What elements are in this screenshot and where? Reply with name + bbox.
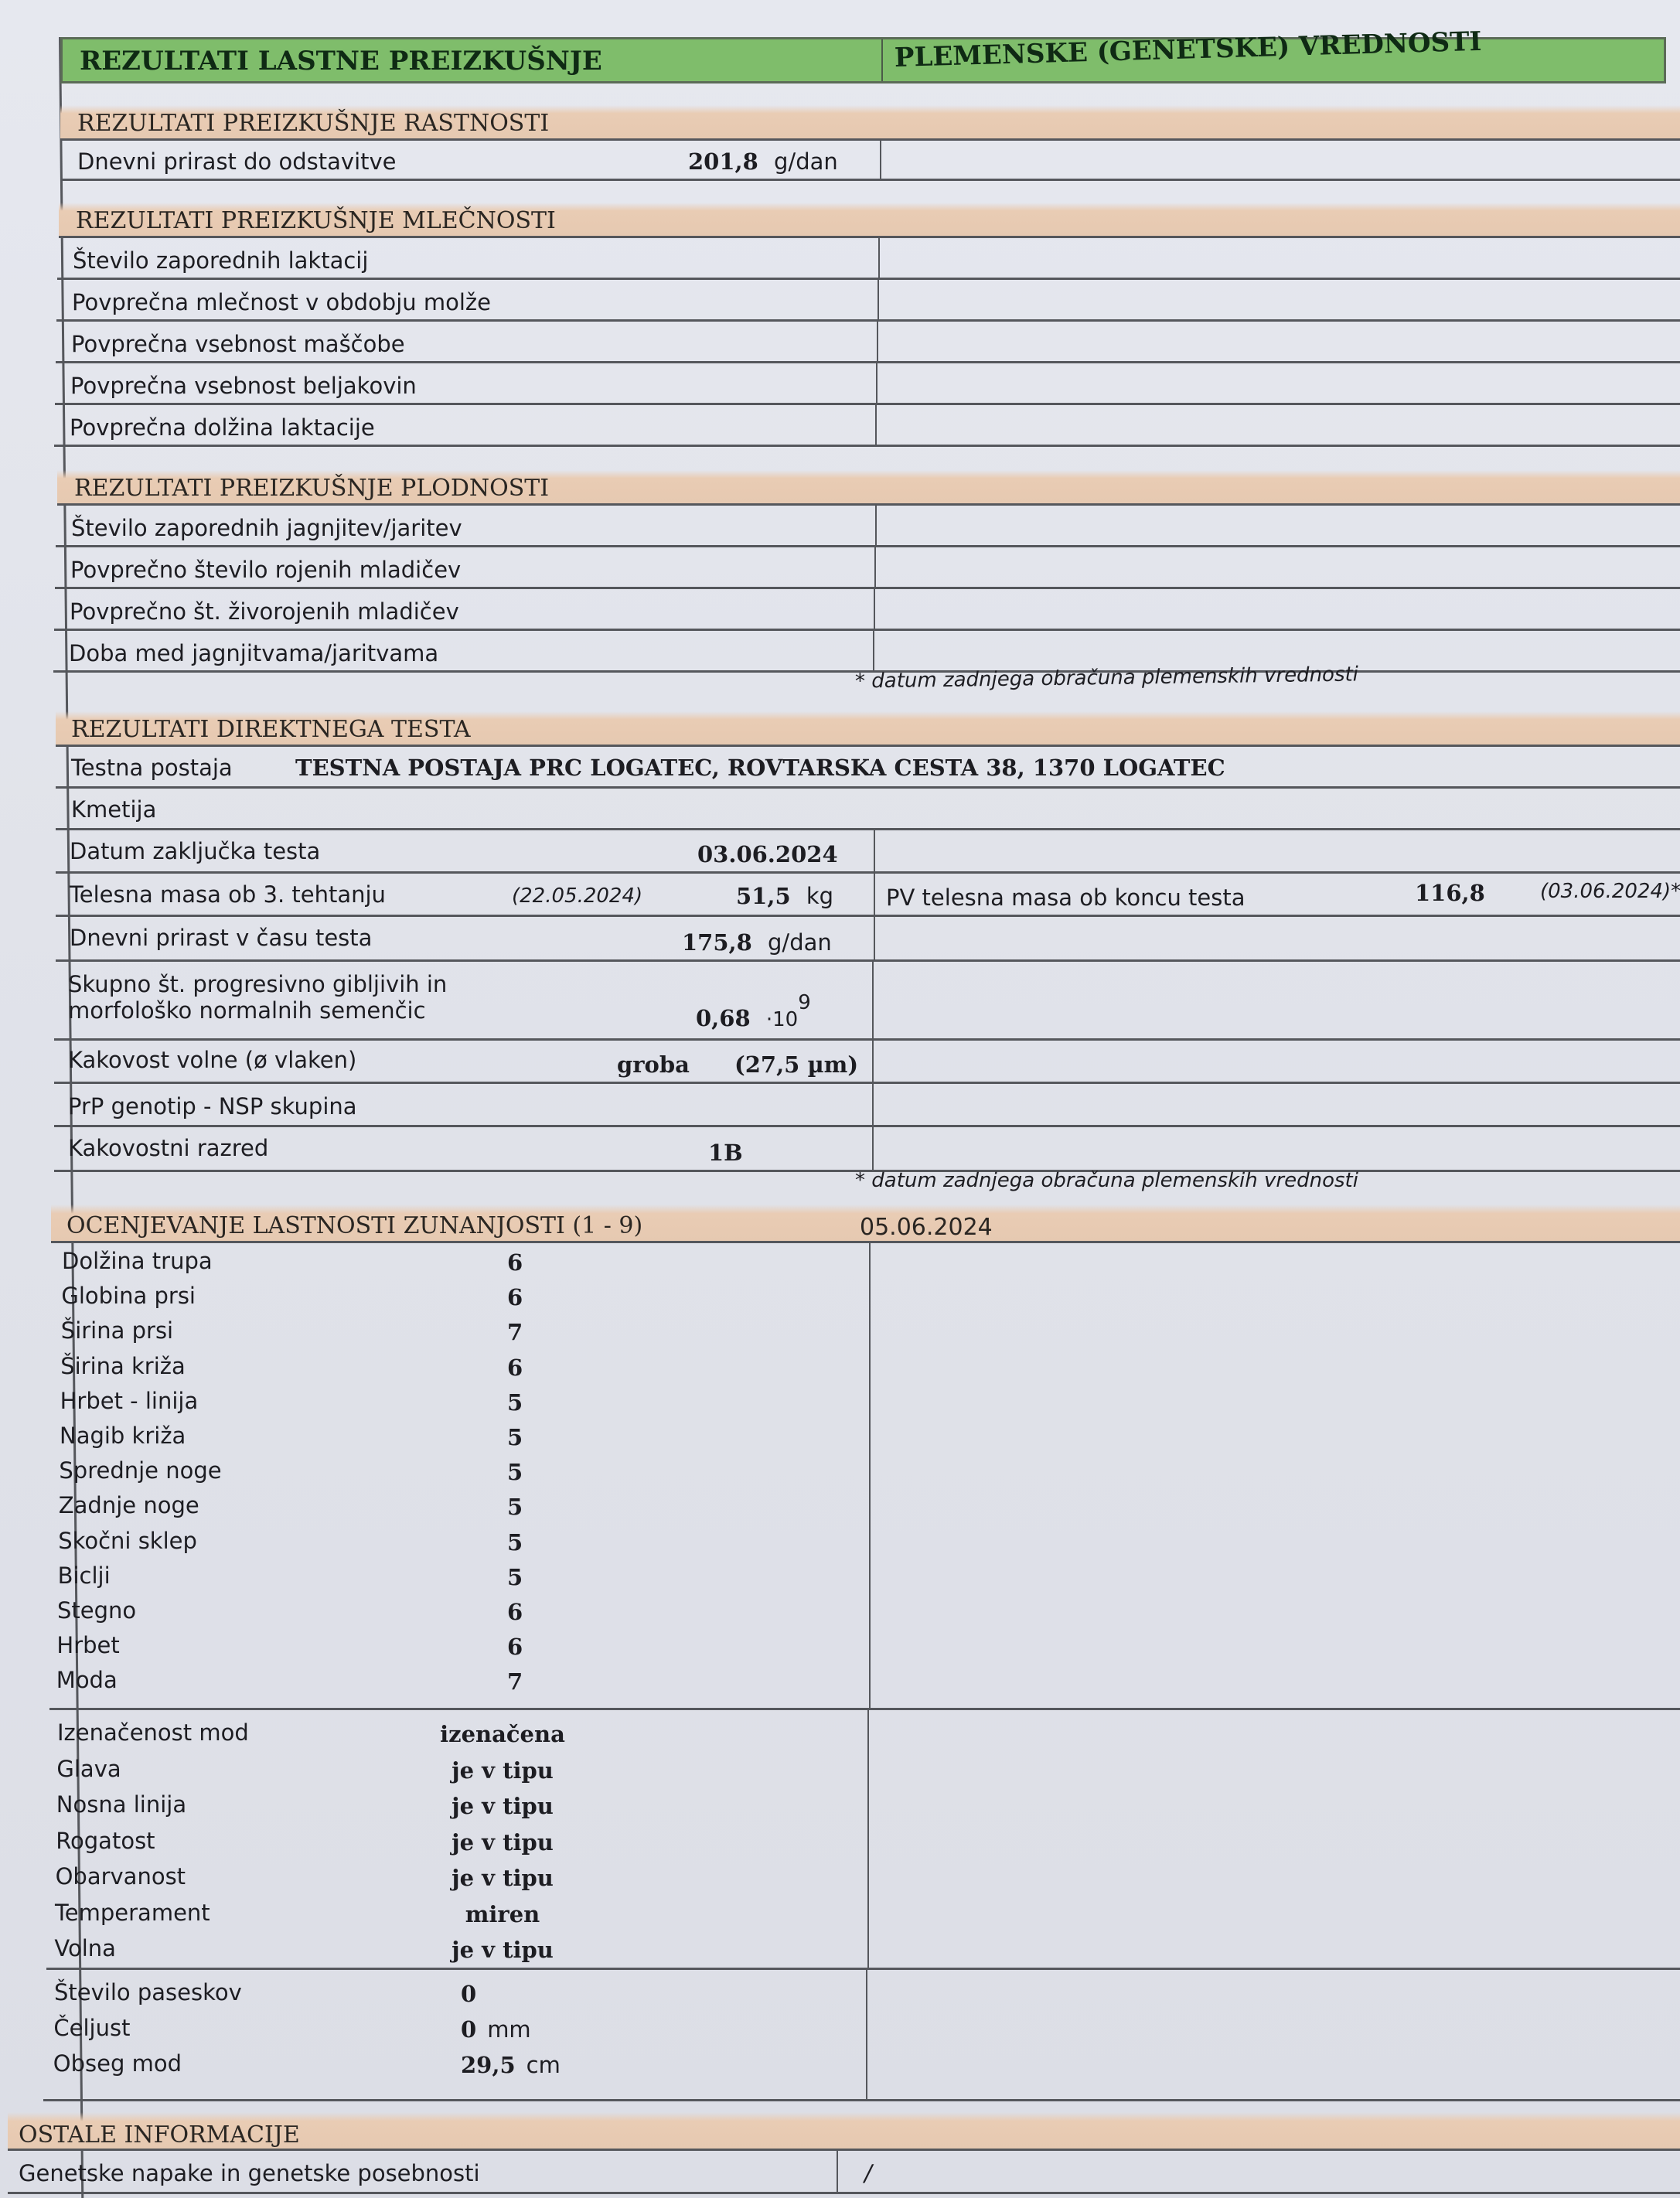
item-value: miren — [417, 1901, 588, 1927]
row-label: PrP genotip - NSP skupina — [68, 1093, 357, 1119]
row-kakovostni-razred: Kakovostni razred 1B — [54, 1127, 1680, 1172]
header-left-title: REZULTATI LASTNE PREIZKUŠNJE — [80, 46, 602, 77]
column-divider — [872, 962, 874, 1038]
pv-date: (03.06.2024)* — [1540, 880, 1680, 903]
row-label: Povprečna dolžina laktacije — [70, 414, 375, 441]
column-divider — [877, 322, 878, 361]
row-label: Število zaporednih laktacij — [73, 247, 368, 274]
column-divider — [880, 141, 881, 179]
item-value: 5 — [507, 1459, 523, 1485]
row-label: Kakovost volne (ø vlaken) — [68, 1047, 356, 1073]
table-row: Povprečna dolžina laktacije — [54, 405, 1680, 447]
table-row: Povprečna mlečnost v obdobju molže — [56, 280, 1680, 322]
item-label: Širina prsi — [61, 1317, 173, 1344]
row-value: 51,5 kg — [736, 883, 833, 909]
pv-label: PV telesna masa ob koncu testa — [886, 884, 1246, 911]
section-title: OCENJEVANJE LASTNOSTI ZUNANJOSTI (1 - 9) — [66, 1212, 642, 1239]
column-divider — [874, 917, 875, 959]
column-divider — [872, 1127, 874, 1170]
main-header: REZULTATI LASTNE PREIZKUŠNJE PLEMENSKE (… — [60, 37, 1666, 83]
item-label: Širina križa — [60, 1353, 186, 1379]
list-item: Sprednje noge5 — [49, 1457, 1680, 1492]
item-label: Moda — [56, 1667, 118, 1693]
item-value: je v tipu — [417, 1937, 588, 1963]
item-value: 6 — [507, 1599, 523, 1625]
section-direktni-test-header: REZULTATI DIREKTNEGA TESTA — [56, 711, 1680, 747]
footnote: * datum zadnjega obračuna plemenskih vre… — [855, 1169, 1358, 1192]
assessment-date: 05.06.2024 — [860, 1214, 993, 1241]
section-title: REZULTATI PREIZKUŠNJE RASTNOSTI — [77, 110, 549, 137]
zunanjost-traits-block: Izenačenost modizenačenaGlavaje v tipuNo… — [46, 1710, 1680, 1970]
zunanjost-scores-block: Dolžina trupa6Globina prsi6Širina prsi7Š… — [49, 1243, 1680, 1710]
section-title: REZULTATI PREIZKUŠNJE MLEČNOSTI — [76, 207, 556, 234]
table-row: Doba med jagnjitvama/jaritvama — [53, 631, 1680, 673]
row-value: 0,68 ·109 — [696, 1005, 811, 1031]
row-kakovost-volne: Kakovost volne (ø vlaken) groba (27,5 µm… — [54, 1041, 1680, 1084]
item-value: 6 — [507, 1355, 523, 1381]
item-label: Temperament — [55, 1900, 210, 1926]
item-value: 5 — [507, 1529, 523, 1556]
row-testna-postaja: Testna postaja TESTNA POSTAJA PRC LOGATE… — [56, 747, 1680, 789]
column-divider — [874, 547, 876, 587]
list-item: Dolžina trupa6 — [49, 1248, 1680, 1283]
list-item: Širina križa6 — [49, 1353, 1680, 1388]
column-divider — [876, 363, 877, 403]
list-item: Rogatostje v tipu — [46, 1828, 1680, 1864]
column-divider — [874, 830, 875, 871]
zunanjost-measures-block: Število paseskov0Čeljust0mmObseg mod29,5… — [43, 1970, 1680, 2101]
row-label: Dnevni prirast do odstavitve — [77, 148, 397, 175]
item-label: Skočni sklep — [58, 1528, 197, 1554]
section-plodnost-header: REZULTATI PREIZKUŠNJE PLODNOSTI — [57, 470, 1680, 506]
item-value: je v tipu — [417, 1793, 588, 1819]
row-label: Povprečna vsebnost maščobe — [71, 331, 405, 357]
row-label: Povprečno št. živorojenih mladičev — [70, 598, 459, 625]
table-row: Povprečno število rojenih mladičev — [55, 547, 1680, 589]
column-divider — [837, 2151, 838, 2192]
header-right-title: PLEMENSKE (GENETSKE) VREDNOSTI — [894, 26, 1481, 73]
section-title: REZULTATI PREIZKUŠNJE PLODNOSTI — [74, 475, 549, 502]
item-label: Hrbet - linija — [60, 1388, 199, 1414]
list-item: Hrbet - linija5 — [49, 1388, 1680, 1423]
item-value: 7 — [507, 1319, 523, 1345]
item-label: Nagib križa — [60, 1423, 186, 1449]
column-divider — [873, 631, 874, 670]
table-row: Povprečna vsebnost maščobe — [56, 322, 1680, 363]
item-label: Volna — [54, 1935, 116, 1961]
row-telesna-masa: Telesna masa ob 3. tehtanju (22.05.2024)… — [56, 874, 1680, 917]
list-item: Število paseskov0 — [43, 1979, 1680, 2015]
column-divider — [872, 1041, 874, 1082]
item-label: Rogatost — [56, 1828, 155, 1854]
row-dnevni-prirast-test: Dnevni prirast v času testa 175,8 g/dan — [56, 917, 1680, 962]
list-item: Obseg mod29,5cm — [43, 2050, 1680, 2086]
section-rastnost-header: REZULTATI PREIZKUŠNJE RASTNOSTI — [60, 105, 1680, 141]
header-divider — [881, 39, 883, 81]
row-label: Doba med jagnjitvama/jaritvama — [69, 640, 438, 666]
list-item: Biclji5 — [49, 1562, 1680, 1597]
list-item: Glavaje v tipu — [46, 1756, 1680, 1792]
list-item: Globina prsi6 — [49, 1283, 1680, 1317]
item-value: 5 — [507, 1389, 523, 1416]
row-value: 175,8 g/dan — [682, 929, 832, 956]
row-dnevni-prirast-odstavitev: Dnevni prirast do odstavitve 201,8 g/dan — [60, 141, 1680, 181]
item-label: Sprednje noge — [59, 1457, 221, 1484]
item-label: Število paseskov — [54, 1979, 242, 2005]
item-label: Dolžina trupa — [62, 1248, 213, 1274]
item-label: Nosna linija — [56, 1791, 186, 1818]
item-value: je v tipu — [417, 1829, 588, 1856]
item-value: 7 — [507, 1668, 523, 1695]
row-label: Kmetija — [71, 796, 156, 823]
list-item: Čeljust0mm — [43, 2015, 1680, 2050]
item-label: Stegno — [57, 1597, 136, 1624]
row-label: Število zaporednih jagnjitev/jaritev — [71, 515, 462, 541]
row-value: TESTNA POSTAJA PRC LOGATEC, ROVTARSKA CE… — [295, 755, 1225, 781]
column-divider — [875, 506, 877, 545]
column-divider — [874, 589, 875, 629]
row-label: Genetske napake in genetske posebnosti — [19, 2160, 480, 2186]
item-label: Biclji — [58, 1562, 111, 1589]
column-divider — [874, 874, 875, 915]
row-label: Povprečno število rojenih mladičev — [70, 557, 461, 583]
table-row: Povprečno št. živorojenih mladičev — [54, 589, 1680, 631]
section-title: OSTALE INFORMACIJE — [19, 2121, 300, 2149]
row-label: Datum zaključka testa — [70, 838, 320, 864]
list-item: Moda7 — [49, 1667, 1680, 1702]
row-genetske-napake: Genetske napake in genetske posebnosti / — [8, 2151, 1680, 2194]
row-label: Povprečna vsebnost beljakovin — [70, 373, 417, 399]
weighing-date: (22.05.2024) — [512, 884, 642, 908]
table-row: Povprečna vsebnost beljakovin — [55, 363, 1680, 405]
column-divider — [877, 280, 879, 319]
item-value: 0mm — [461, 2016, 531, 2043]
list-item: Stegno6 — [49, 1597, 1680, 1632]
list-item: Temperamentmiren — [46, 1900, 1680, 1936]
column-divider — [875, 405, 877, 445]
table-row: Število zaporednih jagnjitev/jaritev — [56, 506, 1680, 547]
column-divider — [878, 238, 880, 278]
row-datum-zakljucka: Datum zaključka testa 03.06.2024 — [56, 830, 1680, 874]
row-label-line2: morfološko normalnih semenčic — [68, 997, 426, 1024]
list-item: Volnaje v tipu — [46, 1935, 1680, 1971]
item-value: 6 — [507, 1249, 523, 1276]
item-value: 0 — [461, 1981, 487, 2007]
list-item: Obarvanostje v tipu — [46, 1863, 1680, 1900]
report-sheet: REZULTATI LASTNE PREIZKUŠNJE PLEMENSKE (… — [31, 0, 1680, 2198]
item-value: 6 — [507, 1284, 523, 1310]
column-divider — [872, 1084, 874, 1125]
pv-value: 116,8 — [1415, 880, 1485, 906]
list-item: Širina prsi7 — [49, 1317, 1680, 1352]
list-item: Nosna linijaje v tipu — [46, 1791, 1680, 1828]
list-item: Hrbet6 — [49, 1632, 1680, 1667]
item-label: Čeljust — [53, 2015, 130, 2041]
item-label: Glava — [56, 1756, 121, 1782]
wool-quality: groba — [617, 1051, 690, 1078]
item-value: 5 — [507, 1424, 523, 1450]
row-value: / — [864, 2160, 872, 2186]
section-zunanjost-header: OCENJEVANJE LASTNOSTI ZUNANJOSTI (1 - 9)… — [51, 1205, 1680, 1243]
row-semencice: Skupno št. progresivno gibljivih in morf… — [54, 962, 1680, 1041]
item-label: Obseg mod — [53, 2050, 182, 2077]
item-label: Globina prsi — [61, 1283, 196, 1309]
item-value: izenačena — [417, 1721, 588, 1747]
list-item: Zadnje noge5 — [49, 1492, 1680, 1527]
row-value: 1B — [708, 1140, 743, 1166]
item-value: 5 — [507, 1494, 523, 1520]
row-value: 03.06.2024 — [697, 841, 838, 867]
item-value: 29,5cm — [461, 2052, 561, 2078]
item-value: je v tipu — [417, 1865, 588, 1891]
row-label: Dnevni prirast v času testa — [70, 925, 372, 951]
row-label: Povprečna mlečnost v obdobju molže — [72, 289, 491, 315]
row-label: Testna postaja — [71, 755, 233, 781]
item-label: Izenačenost mod — [57, 1719, 249, 1746]
row-kmetija: Kmetija — [56, 789, 1680, 830]
document-page: REZULTATI LASTNE PREIZKUŠNJE PLEMENSKE (… — [0, 0, 1680, 2198]
list-item: Izenačenost modizenačena — [46, 1719, 1680, 1756]
row-label: Kakovostni razred — [68, 1135, 268, 1161]
row-label: Telesna masa ob 3. tehtanju — [70, 881, 386, 908]
item-label: Hrbet — [56, 1632, 119, 1658]
row-value: 201,8 g/dan — [688, 148, 838, 175]
section-title: REZULTATI DIREKTNEGA TESTA — [71, 716, 471, 743]
list-item: Nagib križa5 — [49, 1423, 1680, 1457]
list-item: Skočni sklep5 — [49, 1528, 1680, 1562]
row-label-line1: Skupno št. progresivno gibljivih in — [68, 971, 447, 997]
table-row: Število zaporednih laktacij — [57, 238, 1680, 280]
item-value: 5 — [507, 1564, 523, 1590]
section-mlecnost-header: REZULTATI PREIZKUŠNJE MLEČNOSTI — [59, 203, 1680, 238]
wool-diameter: (27,5 µm) — [734, 1051, 858, 1078]
item-value: 6 — [507, 1634, 523, 1660]
item-label: Zadnje noge — [59, 1492, 199, 1518]
row-prp-genotip: PrP genotip - NSP skupina — [54, 1084, 1680, 1127]
section-ostale-header: OSTALE INFORMACIJE — [8, 2112, 1680, 2151]
item-value: je v tipu — [417, 1757, 588, 1784]
item-label: Obarvanost — [56, 1863, 186, 1890]
